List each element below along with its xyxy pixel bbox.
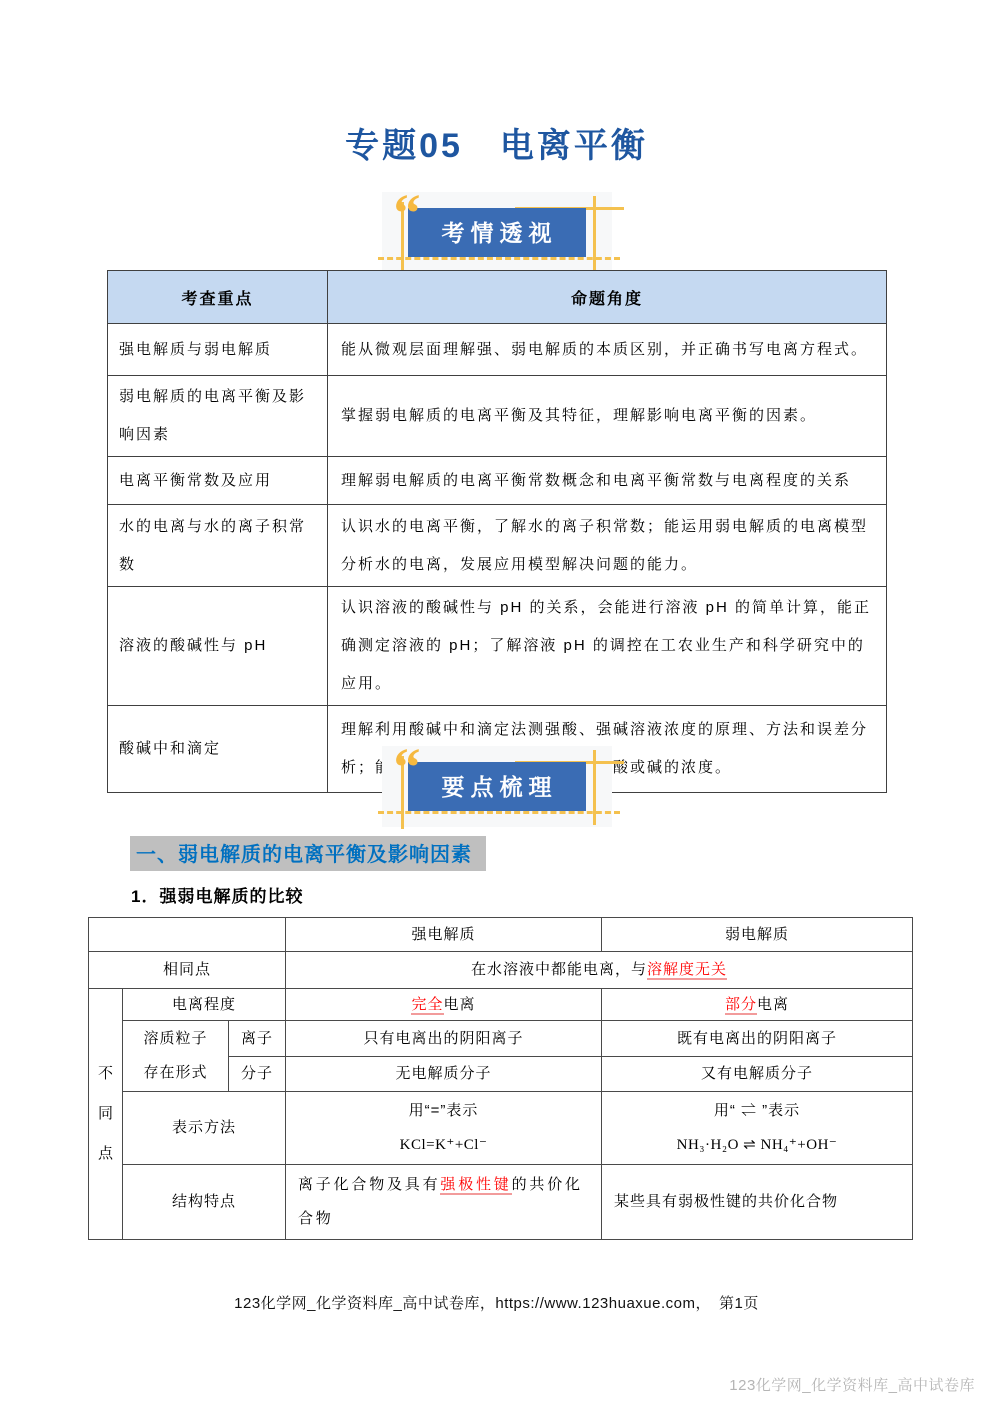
notation-label: 表示方法 [123, 1092, 286, 1165]
banner-exam-insight-label: 考情透视 [408, 208, 586, 257]
diff-point-label: 不同点 [96, 1054, 116, 1174]
molecule-strong-cell: 无电解质分子 [286, 1057, 602, 1092]
page-footer: 123化学网_化学资料库_高中试卷库，https://www.123huaxue… [0, 1292, 993, 1313]
degree-strong-red-term: 完全 [411, 996, 443, 1015]
ion-weak-cell: 既有电离出的阴阳离子 [602, 1021, 913, 1057]
molecule-label: 分子 [229, 1057, 286, 1092]
degree-weak-text: 电离 [757, 996, 789, 1013]
banner-bottom-dashed-line [378, 811, 620, 814]
degree-row: 不同点 电离程度 完全电离 部分电离 [89, 989, 913, 1021]
notation-weak-cell: 用“ ⇌ ”表示 NH₃·H₂O ⇌ NH₄⁺+OH⁻ [602, 1092, 913, 1165]
table-row: 溶液的酸碱性与 pH 认识溶液的酸碱性与 pH 的关系，会能进行溶液 pH 的简… [108, 587, 887, 706]
weak-electrolyte-header: 弱电解质 [602, 918, 913, 952]
particle-form-label-cell: 溶质粒子 存在形式 [123, 1021, 229, 1092]
degree-weak-cell: 部分电离 [602, 989, 913, 1021]
same-point-row: 相同点 在水溶液中都能电离，与溶解度无关 [89, 952, 913, 989]
angle-cell: 认识溶液的酸碱性与 pH 的关系，会能进行溶液 pH 的简单计算，能正确测定溶液… [328, 587, 887, 706]
degree-weak-red-term: 部分 [725, 996, 757, 1015]
strong-electrolyte-header: 强电解质 [286, 918, 602, 952]
structure-weak-cell: 某些具有弱极性键的共价化合物 [602, 1165, 913, 1240]
same-point-text: 在水溶液中都能电离，与 [471, 961, 647, 978]
compare-header-row: 强电解质 弱电解质 [89, 918, 913, 952]
angle-cell: 认识水的电离平衡，了解水的离子积常数；能运用弱电解质的电离模型分析水的电离，发展… [328, 505, 887, 587]
particle-form-label-line1: 溶质粒子 [124, 1022, 227, 1056]
degree-label: 电离程度 [123, 989, 286, 1021]
notation-weak-formula: NH₃·H₂O ⇌ NH₄⁺+OH⁻ [603, 1128, 911, 1163]
structure-row: 结构特点 离子化合物及具有强极性键的共价化合物 某些具有弱极性键的共价化合物 [89, 1165, 913, 1240]
watermark: 123化学网_化学资料库_高中试卷库 [729, 1374, 975, 1395]
notation-strong-line: 用“=”表示 [287, 1093, 600, 1128]
focus-cell: 电离平衡常数及应用 [108, 457, 328, 505]
focus-cell: 溶液的酸碱性与 pH [108, 587, 328, 706]
section-heading: 一、弱电解质的电离平衡及影响因素 [130, 836, 486, 871]
angle-cell: 掌握弱电解质的电离平衡及其特征，理解影响电离平衡的因素。 [328, 376, 887, 457]
ion-strong-cell: 只有电离出的阴阳离子 [286, 1021, 602, 1057]
focus-cell: 酸碱中和滴定 [108, 706, 328, 793]
notation-weak-line: 用“ ⇌ ”表示 [603, 1093, 911, 1128]
degree-strong-text: 电离 [444, 996, 476, 1013]
corner-empty-cell [89, 918, 286, 952]
same-point-content: 在水溶液中都能电离，与溶解度无关 [286, 952, 913, 989]
same-point-label: 相同点 [89, 952, 286, 989]
banner-key-points: “ 要点梳理 [382, 746, 612, 827]
document-page: 专题05 电离平衡 “ 考情透视 考查重点 命题角度 强电解质与弱电解质 能从微… [0, 0, 993, 1404]
quote-mark-icon: “ [394, 740, 421, 794]
page-title: 专题05 电离平衡 [0, 118, 993, 167]
structure-strong-red-term: 强极性键 [440, 1176, 511, 1195]
angle-cell: 理解弱电解质的电离平衡常数概念和电离平衡常数与电离程度的关系 [328, 457, 887, 505]
ion-row: 溶质粒子 存在形式 离子 只有电离出的阴阳离子 既有电离出的阴阳离子 [89, 1021, 913, 1057]
table-header-row: 考查重点 命题角度 [108, 271, 887, 324]
header-question-angle: 命题角度 [328, 271, 887, 324]
notation-strong-cell: 用“=”表示 KCl=K⁺+Cl⁻ [286, 1092, 602, 1165]
focus-cell: 水的电离与水的离子积常数 [108, 505, 328, 587]
exam-focus-table: 考查重点 命题角度 强电解质与弱电解质 能从微观层面理解强、弱电解质的本质区别，… [107, 270, 887, 793]
particle-form-label-line2: 存在形式 [124, 1056, 227, 1090]
header-exam-focus: 考查重点 [108, 271, 328, 324]
diff-point-label-cell: 不同点 [89, 989, 123, 1240]
table-row: 强电解质与弱电解质 能从微观层面理解强、弱电解质的本质区别，并正确书写电离方程式… [108, 324, 887, 376]
structure-label: 结构特点 [123, 1165, 286, 1240]
table-row: 弱电解质的电离平衡及影响因素 掌握弱电解质的电离平衡及其特征，理解影响电离平衡的… [108, 376, 887, 457]
same-point-red-term: 溶解度无关 [647, 961, 727, 980]
compare-table: 强电解质 弱电解质 相同点 在水溶液中都能电离，与溶解度无关 不同点 电离程度 … [88, 917, 913, 1240]
banner-bottom-dashed-line [378, 257, 620, 260]
banner-key-points-label: 要点梳理 [408, 762, 586, 811]
section-subheading: 1．强弱电解质的比较 [131, 882, 303, 907]
angle-cell: 能从微观层面理解强、弱电解质的本质区别，并正确书写电离方程式。 [328, 324, 887, 376]
ion-label: 离子 [229, 1021, 286, 1057]
notation-row: 表示方法 用“=”表示 KCl=K⁺+Cl⁻ 用“ ⇌ ”表示 NH₃·H₂O … [89, 1092, 913, 1165]
structure-strong-text: 离子化合物及具有 [298, 1176, 440, 1193]
molecule-weak-cell: 又有电解质分子 [602, 1057, 913, 1092]
banner-exam-insight: “ 考情透视 [382, 192, 612, 273]
table-row: 电离平衡常数及应用 理解弱电解质的电离平衡常数概念和电离平衡常数与电离程度的关系 [108, 457, 887, 505]
notation-strong-formula: KCl=K⁺+Cl⁻ [287, 1128, 600, 1163]
focus-cell: 强电解质与弱电解质 [108, 324, 328, 376]
quote-mark-icon: “ [394, 186, 421, 240]
focus-cell: 弱电解质的电离平衡及影响因素 [108, 376, 328, 457]
table-row: 水的电离与水的离子积常数 认识水的电离平衡，了解水的离子积常数；能运用弱电解质的… [108, 505, 887, 587]
degree-strong-cell: 完全电离 [286, 989, 602, 1021]
structure-strong-cell: 离子化合物及具有强极性键的共价化合物 [286, 1165, 602, 1240]
